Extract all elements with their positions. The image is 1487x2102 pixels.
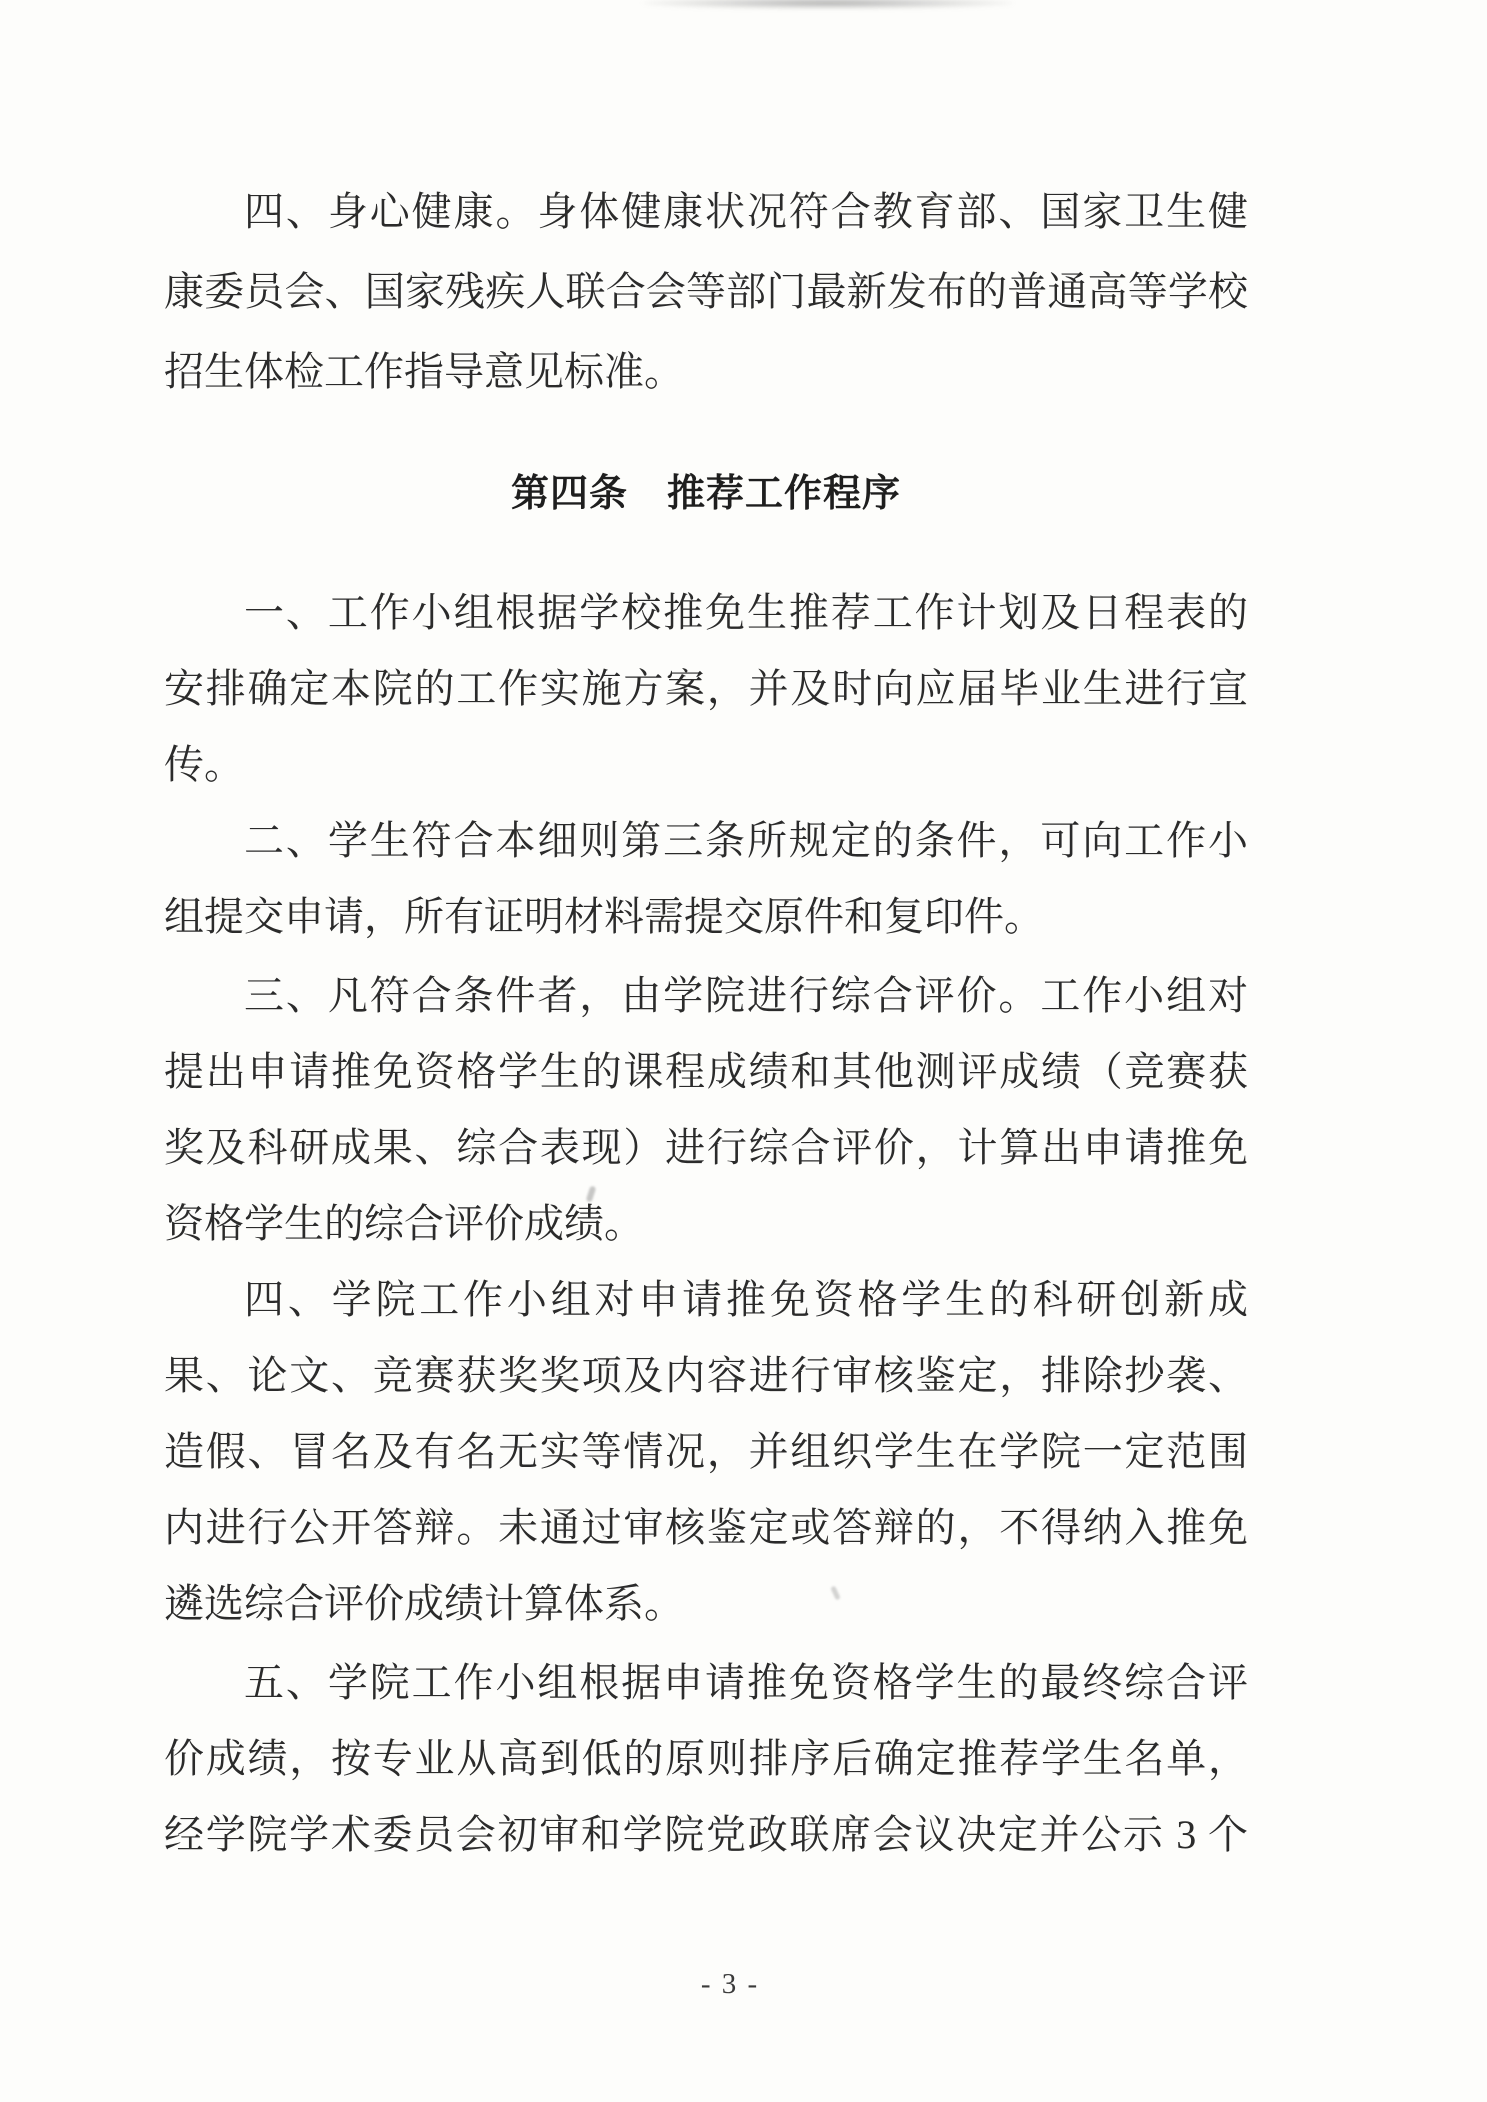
- text-line: 四、身心健康。身体健康状况符合教育部、国家卫生健: [164, 172, 1248, 252]
- paragraph-health-requirement: 四、身心健康。身体健康状况符合教育部、国家卫生健 康委员会、国家残疾人联合会等部…: [164, 172, 1248, 412]
- text-line: 五、学院工作小组根据申请推免资格学生的最终综合评: [164, 1645, 1248, 1721]
- text-line: 招生体检工作指导意见标准。: [164, 332, 1248, 412]
- text-line: 提出申请推免资格学生的课程成绩和其他测评成绩（竞赛获: [164, 1034, 1248, 1110]
- text-line: 三、凡符合条件者，由学院进行综合评价。工作小组对: [164, 958, 1248, 1034]
- text-line: 果、论文、竞赛获奖奖项及内容进行审核鉴定，排除抄袭、: [164, 1338, 1248, 1414]
- text-line: 康委员会、国家残疾人联合会等部门最新发布的普通高等学校: [164, 252, 1248, 332]
- page-number: - 3 -: [0, 1962, 1460, 2006]
- text-line: 资格学生的综合评价成绩。: [164, 1186, 1248, 1262]
- section-heading: 第四条 推荐工作程序: [164, 464, 1248, 524]
- text-line: 四、学院工作小组对申请推免资格学生的科研创新成: [164, 1262, 1248, 1338]
- text-line: 内进行公开答辩。未通过审核鉴定或答辩的，不得纳入推免: [164, 1490, 1248, 1566]
- text-line: 二、学生符合本细则第三条所规定的条件，可向工作小: [164, 803, 1248, 879]
- text-line: 遴选综合评价成绩计算体系。: [164, 1566, 1248, 1642]
- paragraph-procedure-1: 一、工作小组根据学校推免生推荐工作计划及日程表的 安排确定本院的工作实施方案，并…: [164, 575, 1248, 803]
- text-line: 价成绩，按专业从高到低的原则排序后确定推荐学生名单，: [164, 1721, 1248, 1797]
- text-line: 安排确定本院的工作实施方案，并及时向应届毕业生进行宣: [164, 651, 1248, 727]
- text-line: 组提交申请，所有证明材料需提交原件和复印件。: [164, 879, 1248, 955]
- paragraph-procedure-3: 三、凡符合条件者，由学院进行综合评价。工作小组对 提出申请推免资格学生的课程成绩…: [164, 958, 1248, 1262]
- paragraph-procedure-2: 二、学生符合本细则第三条所规定的条件，可向工作小 组提交申请，所有证明材料需提交…: [164, 803, 1248, 955]
- paragraph-procedure-4: 四、学院工作小组对申请推免资格学生的科研创新成 果、论文、竞赛获奖奖项及内容进行…: [164, 1262, 1248, 1642]
- document-body: 四、身心健康。身体健康状况符合教育部、国家卫生健 康委员会、国家残疾人联合会等部…: [164, 0, 1248, 1873]
- text-line: 传。: [164, 727, 1248, 803]
- text-line: 造假、冒名及有名无实等情况，并组织学生在学院一定范围: [164, 1414, 1248, 1490]
- text-line: 经学院学术委员会初审和学院党政联席会议决定并公示 3 个: [164, 1797, 1248, 1873]
- scanned-document-page: 四、身心健康。身体健康状况符合教育部、国家卫生健 康委员会、国家残疾人联合会等部…: [0, 0, 1487, 2102]
- text-line: 一、工作小组根据学校推免生推荐工作计划及日程表的: [164, 575, 1248, 651]
- paragraph-procedure-5: 五、学院工作小组根据申请推免资格学生的最终综合评 价成绩，按专业从高到低的原则排…: [164, 1645, 1248, 1873]
- text-line: 奖及科研成果、综合表现）进行综合评价，计算出申请推免: [164, 1110, 1248, 1186]
